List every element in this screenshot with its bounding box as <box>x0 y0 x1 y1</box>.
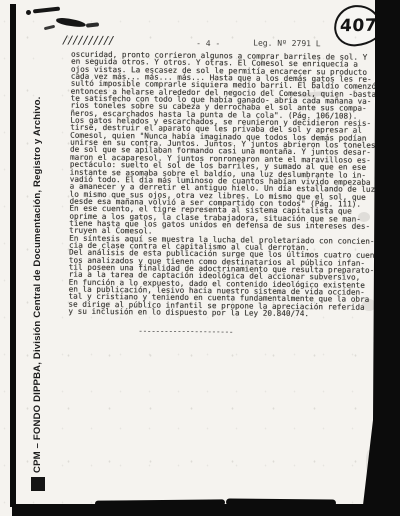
legajo-reference: Leg. Nº 2791 L <box>253 39 321 49</box>
typewritten-body: oscuridad, pronto corrieron algunos a co… <box>68 51 391 319</box>
page-number: - 4 - <box>196 39 220 48</box>
hand-slash-marks: ////////// <box>62 34 113 48</box>
typewritten-content: ////////// - 4 - Leg. Nº 2791 L oscurida… <box>0 0 400 516</box>
folio-number: 407 <box>339 15 377 36</box>
typed-separator-line: ---------------------- <box>138 326 233 336</box>
document-scan: 407 ////////// - 4 - Leg. Nº 2791 L oscu… <box>0 0 400 516</box>
archive-stamp-square <box>31 477 45 491</box>
scanner-border-bottom <box>12 504 400 516</box>
archive-stamp-text: CPM – FONDO DIPPBA, División Central de … <box>32 97 43 473</box>
